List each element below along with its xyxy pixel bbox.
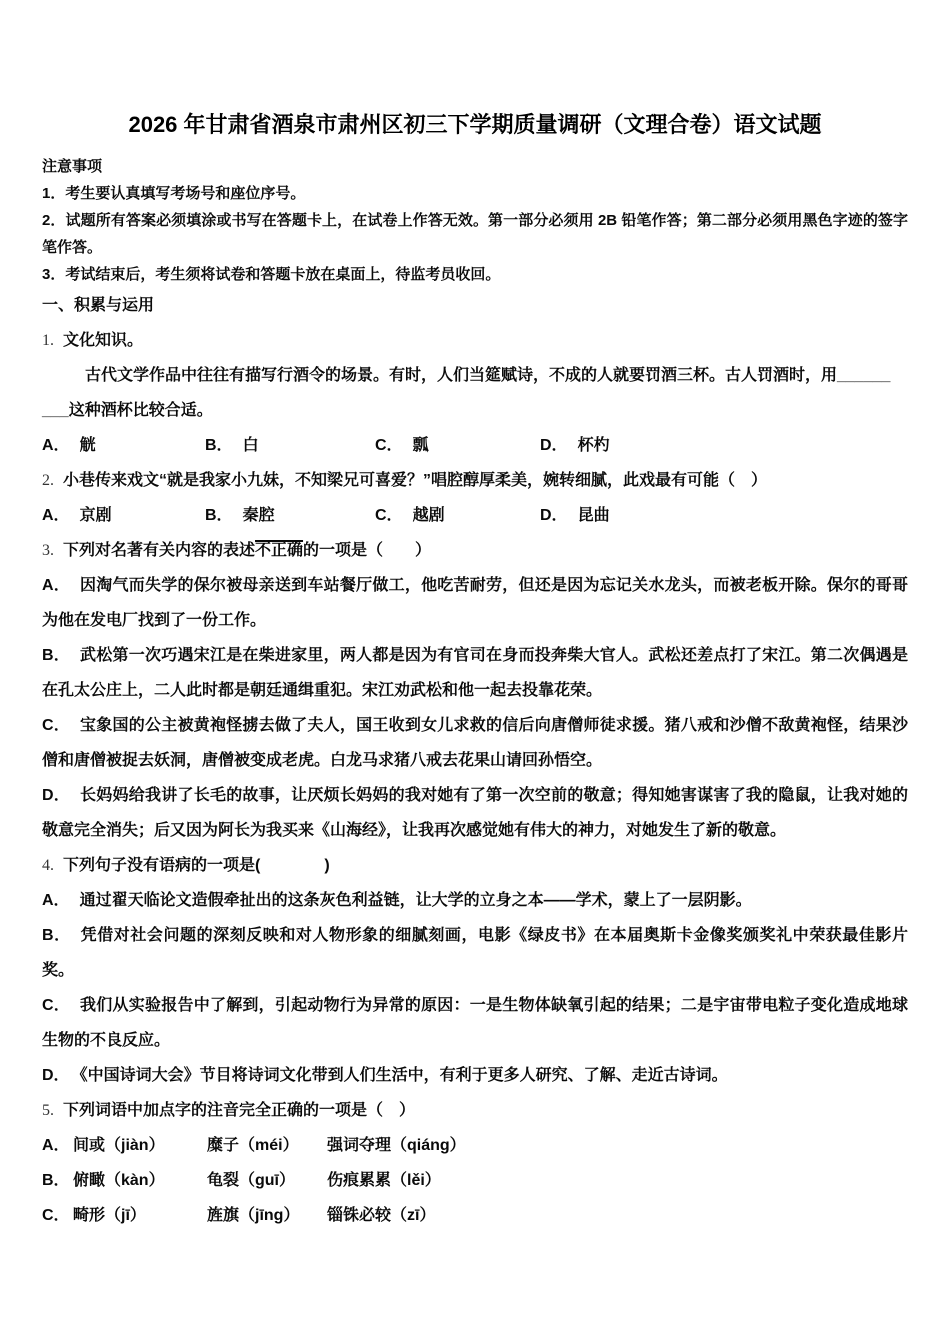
word-item: 强词夺理（qiáng） (327, 1128, 466, 1163)
question-1-stem: 1.文化知识。 (42, 323, 908, 358)
option-text: 宝象国的公主被黄袍怪掳去做了夫人，国王收到女儿求救的信后向唐僧师徒求援。猪八戒和… (42, 717, 908, 769)
question-2-option-d: D．昆曲 (540, 498, 908, 533)
option-text: 因淘气而失学的保尔被母亲送到车站餐厅做工，他吃苦耐劳，但还是因为忘记关水龙头，而… (42, 577, 908, 629)
option-label: D． (42, 1067, 80, 1084)
question-2-option-c: C．越剧 (375, 498, 540, 533)
notice-heading: 注意事项 (42, 153, 908, 180)
question-1-option-d: D．杯杓 (540, 428, 908, 463)
notice-section: 注意事项 1．考生要认真填写考场号和座位序号。 2．试题所有答案必须填涂或书写在… (42, 153, 908, 288)
word-item: 旌旗（jīng） (207, 1198, 327, 1233)
option-text: 《中国诗词大会》节目将诗词文化带到人们生活中，有利于更多人研究、了解、走近古诗词… (80, 1067, 728, 1084)
question-2-option-a: A．京剧 (42, 498, 205, 533)
question-1-paragraph-line-1: 古代文学作品中往往有描写行酒令的场景。有时，人们当筵赋诗，不成的人就要罚酒三杯。… (42, 358, 908, 393)
option-text: 杯杓 (578, 437, 610, 454)
option-label: D． (42, 787, 80, 804)
question-2-stem: 2.小巷传来戏文“就是我家小九妹，不知梁兄可喜爱？”唱腔醇厚柔美，婉转细腻，此戏… (42, 463, 908, 498)
option-label: A． (42, 892, 80, 909)
question-2: 2.小巷传来戏文“就是我家小九妹，不知梁兄可喜爱？”唱腔醇厚柔美，婉转细腻，此戏… (42, 463, 908, 533)
question-4-option-d: D．《中国诗词大会》节目将诗词文化带到人们生活中，有利于更多人研究、了解、走近古… (42, 1058, 908, 1093)
question-3-number: 3. (42, 542, 63, 559)
question-2-option-b: B．秦腔 (205, 498, 375, 533)
question-3-stem: 3.下列对名著有关内容的表述不正确的一项是（ ） (42, 533, 908, 568)
option-label: C． (42, 1198, 73, 1233)
question-4-number: 4. (42, 857, 63, 874)
option-label: C． (42, 717, 80, 734)
word-item: 间或（jiàn） (73, 1128, 207, 1163)
question-3: 3.下列对名著有关内容的表述不正确的一项是（ ） A．因淘气而失学的保尔被母亲送… (42, 533, 908, 848)
option-text: 瓢 (413, 437, 429, 454)
question-1-option-b: B．白 (205, 428, 375, 463)
question-1-options: A．觥 B．白 C．瓢 D．杯杓 (42, 428, 908, 463)
question-1-option-a: A．觥 (42, 428, 205, 463)
word-item: 糜子（méi） (207, 1128, 327, 1163)
question-5: 5.下列词语中加点字的注音完全正确的一项是（ ） A． 间或（jiàn） 糜子（… (42, 1093, 908, 1233)
option-text: 我们从实验报告中了解到，引起动物行为异常的原因：一是生物体缺氧引起的结果；二是宇… (42, 997, 908, 1049)
option-text: 长妈妈给我讲了长毛的故事，让厌烦长妈妈的我对她有了第一次空前的敬意；得知她害谋害… (42, 787, 908, 839)
question-4-stem-text: 下列句子没有语病的一项是( ) (63, 857, 330, 874)
option-text: 凭借对社会问题的深刻反映和对人物形象的细腻刻画，电影《绿皮书》在本届奥斯卡金像奖… (42, 927, 908, 979)
question-3-stem-pre: 下列对名著有关内容的表述 (63, 542, 255, 559)
word-item: 伤痕累累（lěi） (327, 1163, 441, 1198)
option-label: C． (42, 997, 80, 1014)
question-5-stem: 5.下列词语中加点字的注音完全正确的一项是（ ） (42, 1093, 908, 1128)
question-4-option-b: B．凭借对社会问题的深刻反映和对人物形象的细腻刻画，电影《绿皮书》在本届奥斯卡金… (42, 918, 908, 988)
option-label: B． (205, 437, 243, 454)
option-label: D． (540, 437, 578, 454)
option-label: B． (205, 507, 243, 524)
option-label: A． (42, 1128, 73, 1163)
question-3-option-c: C．宝象国的公主被黄袍怪掳去做了夫人，国王收到女儿求救的信后向唐僧师徒求援。猪八… (42, 708, 908, 778)
question-2-number: 2. (42, 472, 63, 489)
option-text: 秦腔 (243, 507, 275, 524)
option-text: 昆曲 (578, 507, 610, 524)
question-1-option-c: C．瓢 (375, 428, 540, 463)
question-5-stem-text: 下列词语中加点字的注音完全正确的一项是（ ） (63, 1102, 415, 1119)
word-item: 锱铢必较（zī） (327, 1198, 435, 1233)
question-5-number: 5. (42, 1102, 63, 1119)
question-1: 1.文化知识。 古代文学作品中往往有描写行酒令的场景。有时，人们当筵赋诗，不成的… (42, 323, 908, 463)
option-text: 越剧 (413, 507, 445, 524)
option-text: 白 (243, 437, 259, 454)
option-label: B． (42, 1163, 73, 1198)
option-label: A． (42, 507, 80, 524)
question-3-option-b: B．武松第一次巧遇宋江是在柴进家里，两人都是因为有官司在身而投奔柴大官人。武松还… (42, 638, 908, 708)
section-heading: 一、积累与运用 (42, 288, 908, 323)
question-1-paragraph-line-2: ___这种酒杯比较合适。 (42, 393, 908, 428)
question-3-stem-marked: 不正确 (255, 542, 303, 559)
notice-item-3: 3．考试结束后，考生须将试卷和答题卡放在桌面上，待监考员收回。 (42, 261, 908, 288)
option-text: 通过翟天临论文造假牵扯出的这条灰色利益链，让大学的立身之本——学术，蒙上了一层阴… (80, 892, 752, 909)
page-title: 2026 年甘肃省酒泉市肃州区初三下学期质量调研（文理合卷）语文试题 (42, 110, 908, 140)
notice-item-2: 2．试题所有答案必须填涂或书写在答题卡上，在试卷上作答无效。第一部分必须用 2B… (42, 207, 908, 261)
option-label: B． (42, 927, 81, 944)
option-text: 觥 (80, 437, 96, 454)
exam-paper-page: 2026 年甘肃省酒泉市肃州区初三下学期质量调研（文理合卷）语文试题 注意事项 … (0, 0, 950, 1344)
question-5-option-b: B． 俯瞰（kàn） 龟裂（guī） 伤痕累累（lěi） (42, 1163, 908, 1198)
question-3-option-d: D．长妈妈给我讲了长毛的故事，让厌烦长妈妈的我对她有了第一次空前的敬意；得知她害… (42, 778, 908, 848)
notice-item-1: 1．考生要认真填写考场号和座位序号。 (42, 180, 908, 207)
question-5-option-c: C． 畸形（jī） 旌旗（jīng） 锱铢必较（zī） (42, 1198, 908, 1233)
question-4-option-a: A．通过翟天临论文造假牵扯出的这条灰色利益链，让大学的立身之本——学术，蒙上了一… (42, 883, 908, 918)
option-label: B． (42, 647, 80, 664)
question-4-stem: 4.下列句子没有语病的一项是( ) (42, 848, 908, 883)
option-label: A． (42, 577, 80, 594)
question-1-number: 1. (42, 332, 63, 349)
question-3-option-a: A．因淘气而失学的保尔被母亲送到车站餐厅做工，他吃苦耐劳，但还是因为忘记关水龙头… (42, 568, 908, 638)
question-1-stem-text: 文化知识。 (63, 332, 143, 349)
option-label: D． (540, 507, 578, 524)
word-item: 俯瞰（kàn） (73, 1163, 207, 1198)
question-5-option-a: A． 间或（jiàn） 糜子（méi） 强词夺理（qiáng） (42, 1128, 908, 1163)
question-4: 4.下列句子没有语病的一项是( ) A．通过翟天临论文造假牵扯出的这条灰色利益链… (42, 848, 908, 1093)
option-text: 武松第一次巧遇宋江是在柴进家里，两人都是因为有官司在身而投奔柴大官人。武松还差点… (42, 647, 908, 699)
option-label: A． (42, 437, 80, 454)
option-label: C． (375, 437, 413, 454)
option-text: 京剧 (80, 507, 112, 524)
word-item: 畸形（jī） (73, 1198, 207, 1233)
question-2-options: A．京剧 B．秦腔 C．越剧 D．昆曲 (42, 498, 908, 533)
question-3-stem-post: 的一项是（ ） (303, 542, 431, 559)
question-4-option-c: C．我们从实验报告中了解到，引起动物行为异常的原因：一是生物体缺氧引起的结果；二… (42, 988, 908, 1058)
option-label: C． (375, 507, 413, 524)
question-2-stem-text: 小巷传来戏文“就是我家小九妹，不知梁兄可喜爱？”唱腔醇厚柔美，婉转细腻，此戏最有… (63, 472, 767, 489)
word-item: 龟裂（guī） (207, 1163, 327, 1198)
